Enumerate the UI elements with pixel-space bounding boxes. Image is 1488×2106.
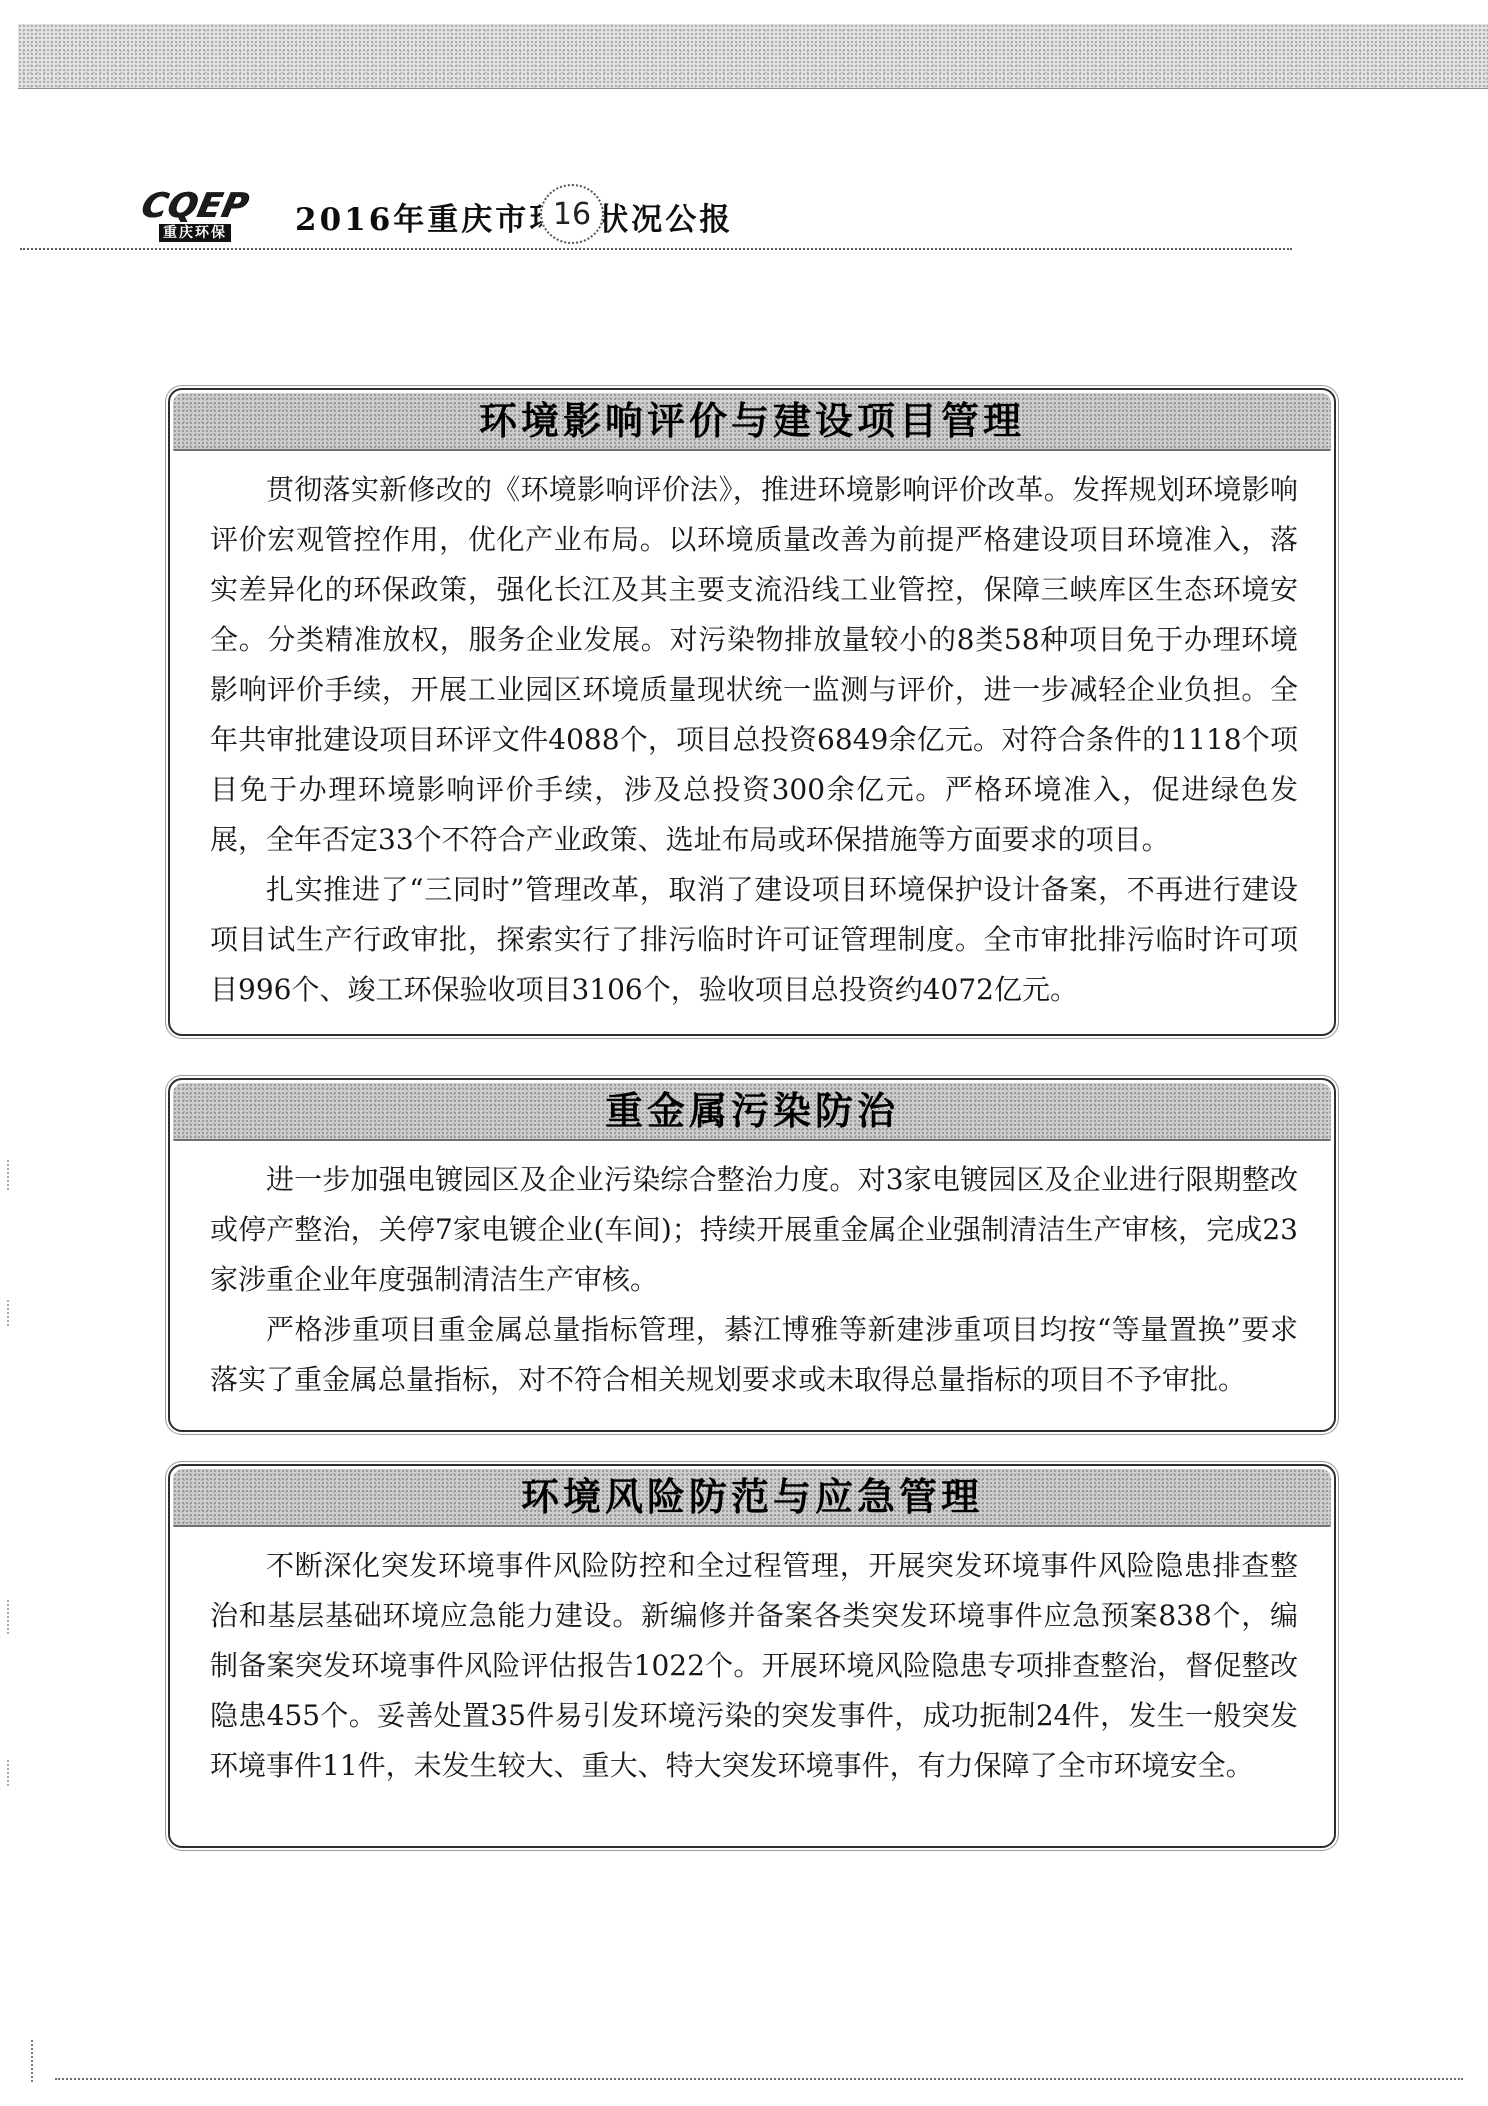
paragraph: 不断深化突发环境事件风险防控和全过程管理，开展突发环境事件风险隐患排查整治和基层…	[210, 1541, 1298, 1791]
cqep-logo-subtext: 重庆环保	[159, 224, 231, 242]
section-title-risk: 环境风险防范与应急管理	[173, 1469, 1331, 1527]
section-title-eia: 环境影响评价与建设项目管理	[173, 393, 1331, 451]
cqep-logo-text: CQEP	[139, 190, 252, 222]
scan-edge-artifact	[7, 1600, 12, 1634]
section-eia-project-management: 环境影响评价与建设项目管理 贯彻落实新修改的《环境影响评价法》，推进环境影响评价…	[168, 388, 1336, 1036]
scan-halftone-band	[18, 24, 1488, 89]
page-number: 16	[553, 197, 591, 232]
scan-edge-artifact	[7, 1760, 12, 1786]
document-title: 2016年重庆市环境状况公报	[295, 194, 733, 239]
cqep-logo: CQEP 重庆环保	[110, 190, 280, 242]
section-body-eia: 贯彻落实新修改的《环境影响评价法》，推进环境影响评价改革。发挥规划环境影响评价宏…	[170, 451, 1334, 1015]
page-header: CQEP 重庆环保 2016年重庆市环境状况公报 16	[20, 188, 1292, 250]
scan-bottom-dotted-line	[55, 2078, 1463, 2080]
scan-left-tick	[31, 2040, 33, 2082]
paragraph: 进一步加强电镀园区及企业污染综合整治力度。对3家电镀园区及企业进行限期整改或停产…	[210, 1155, 1298, 1305]
section-title-heavy-metal: 重金属污染防治	[173, 1083, 1331, 1141]
page-number-badge: 16	[540, 184, 604, 244]
paragraph: 严格涉重项目重金属总量指标管理，綦江博雅等新建涉重项目均按“等量置换”要求落实了…	[210, 1305, 1298, 1405]
section-risk-emergency-management: 环境风险防范与应急管理 不断深化突发环境事件风险防控和全过程管理，开展突发环境事…	[168, 1464, 1336, 1848]
paragraph: 扎实推进了“三同时”管理改革，取消了建设项目环境保护设计备案，不再进行建设项目试…	[210, 865, 1298, 1015]
scan-edge-artifact	[7, 1160, 12, 1190]
section-body-risk: 不断深化突发环境事件风险防控和全过程管理，开展突发环境事件风险隐患排查整治和基层…	[170, 1527, 1334, 1791]
paragraph: 贯彻落实新修改的《环境影响评价法》，推进环境影响评价改革。发挥规划环境影响评价宏…	[210, 465, 1298, 865]
scan-edge-artifact	[7, 1300, 12, 1326]
section-heavy-metal-pollution: 重金属污染防治 进一步加强电镀园区及企业污染综合整治力度。对3家电镀园区及企业进…	[168, 1078, 1336, 1432]
section-body-heavy-metal: 进一步加强电镀园区及企业污染综合整治力度。对3家电镀园区及企业进行限期整改或停产…	[170, 1141, 1334, 1405]
